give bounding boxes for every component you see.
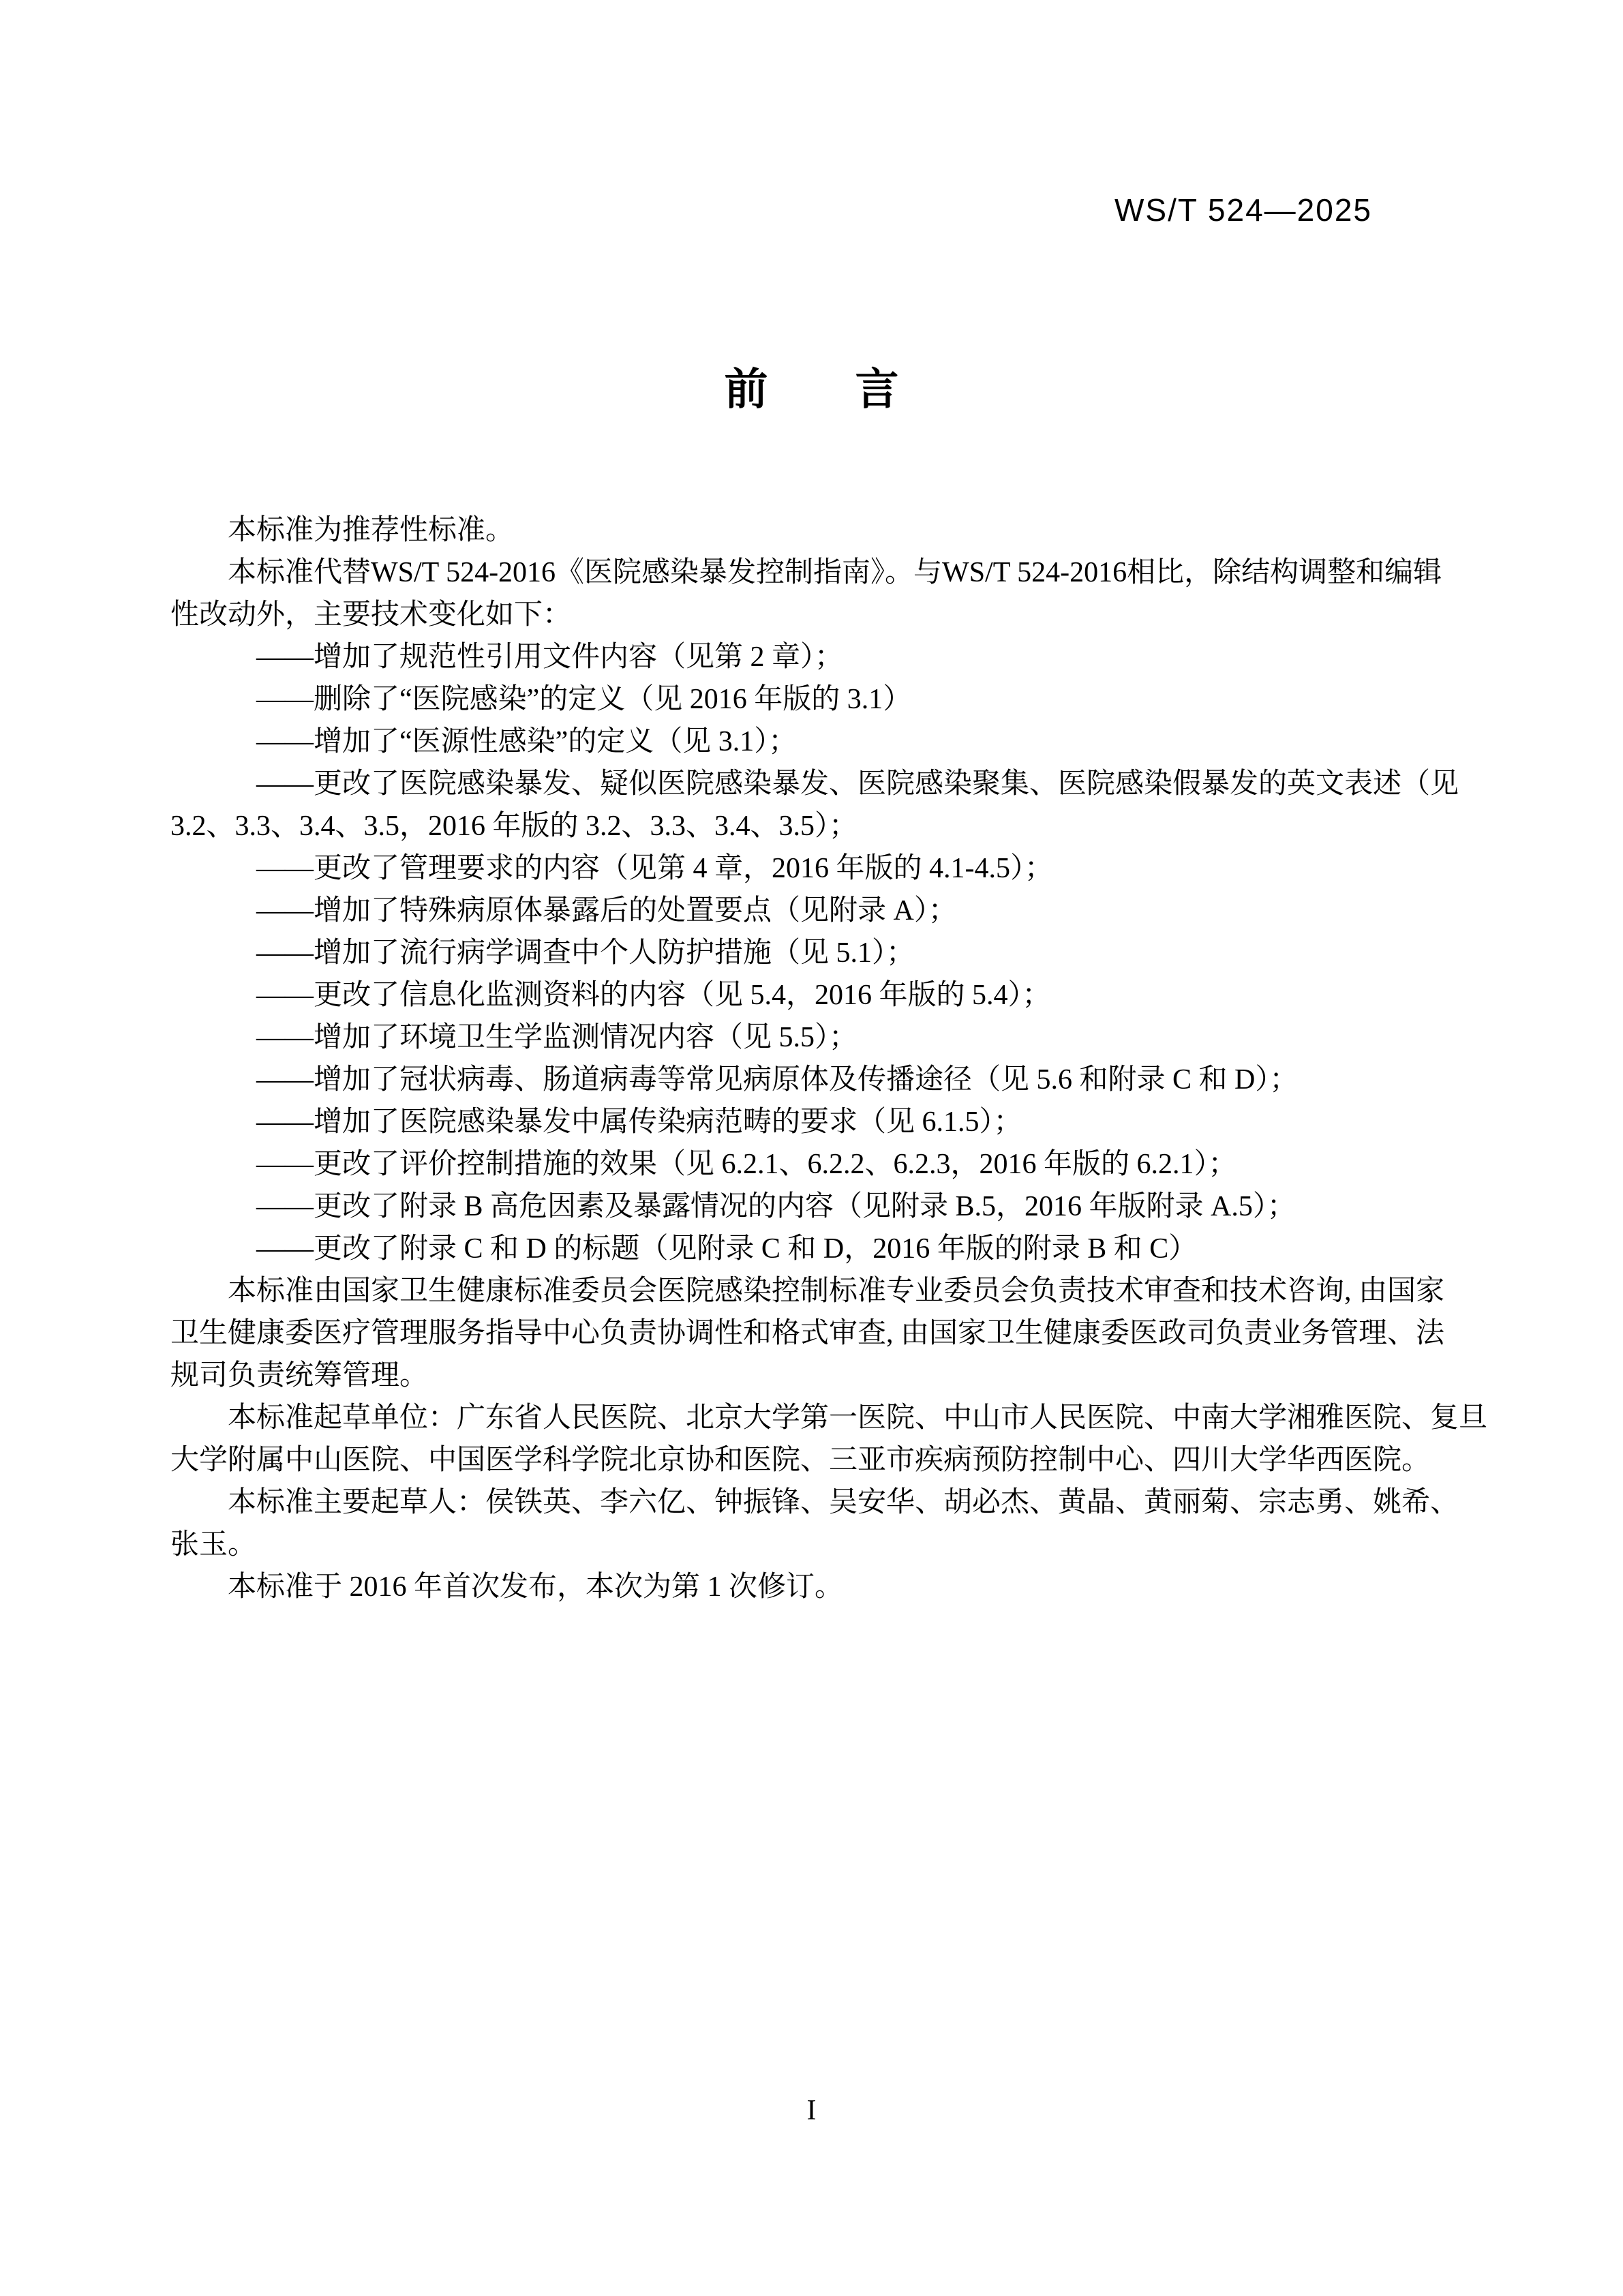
document-page: WS/T 524—2025 前 言 本标准为推荐性标准。 本标准代替WS/T 5… xyxy=(0,0,1623,2296)
body-line: 3.2、3.3、3.4、3.5，2016 年版的 3.2、3.3、3.4、3.5… xyxy=(170,805,1464,847)
body-line: ——删除了“医院感染”的定义（见 2016 年版的 3.1） xyxy=(170,678,1464,721)
body-line: ——增加了特殊病原体暴露后的处置要点（见附录 A）； xyxy=(170,890,1464,932)
body-line: ——更改了信息化监测资料的内容（见 5.4，2016 年版的 5.4）； xyxy=(170,974,1464,1016)
body-line: ——更改了医院感染暴发、疑似医院感染暴发、医院感染聚集、医院感染假暴发的英文表述… xyxy=(170,763,1464,805)
body-line: ——增加了规范性引用文件内容（见第 2 章）； xyxy=(170,636,1464,678)
foreword-body: 本标准为推荐性标准。 本标准代替WS/T 524-2016《医院感染暴发控制指南… xyxy=(170,509,1464,1608)
body-line: ——增加了医院感染暴发中属传染病范畴的要求（见 6.1.5）； xyxy=(170,1101,1464,1143)
body-line: 本标准为推荐性标准。 xyxy=(170,509,1464,552)
body-line: ——更改了附录 B 高危因素及暴露情况的内容（见附录 B.5，2016 年版附录… xyxy=(170,1185,1464,1228)
body-line: ——更改了管理要求的内容（见第 4 章，2016 年版的 4.1-4.5）； xyxy=(170,847,1464,890)
body-line: 性改动外，主要技术变化如下： xyxy=(170,594,1464,636)
page-number: I xyxy=(0,2094,1623,2127)
body-line: 规司负责统筹管理。 xyxy=(170,1355,1464,1397)
body-line: ——增加了冠状病毒、肠道病毒等常见病原体及传播途径（见 5.6 和附录 C 和 … xyxy=(170,1059,1464,1101)
body-line: 本标准主要起草人：侯铁英、李六亿、钟振锋、吴安华、胡必杰、黄晶、黄丽菊、宗志勇、… xyxy=(170,1481,1464,1524)
body-line: ——更改了评价控制措施的效果（见 6.2.1、6.2.2、6.2.3，2016 … xyxy=(170,1143,1464,1185)
body-line: 本标准起草单位：广东省人民医院、北京大学第一医院、中山市人民医院、中南大学湘雅医… xyxy=(170,1397,1464,1439)
body-line: 卫生健康委医疗管理服务指导中心负责协调性和格式审查, 由国家卫生健康委医政司负责… xyxy=(170,1312,1464,1355)
body-line: 本标准于 2016 年首次发布，本次为第 1 次修订。 xyxy=(170,1566,1464,1608)
standard-code-header: WS/T 524—2025 xyxy=(1114,192,1372,228)
body-line: ——增加了流行病学调查中个人防护措施（见 5.1）； xyxy=(170,932,1464,974)
body-line: ——增加了“医源性感染”的定义（见 3.1）； xyxy=(170,721,1464,763)
page-title: 前 言 xyxy=(0,354,1623,417)
body-line: 本标准由国家卫生健康标准委员会医院感染控制标准专业委员会负责技术审查和技术咨询,… xyxy=(170,1270,1464,1312)
body-line: ——增加了环境卫生学监测情况内容（见 5.5）； xyxy=(170,1016,1464,1059)
body-line: 本标准代替WS/T 524-2016《医院感染暴发控制指南》。与WS/T 524… xyxy=(170,552,1464,594)
body-line: 大学附属中山医院、中国医学科学院北京协和医院、三亚市疾病预防控制中心、四川大学华… xyxy=(170,1439,1464,1481)
body-line: 张玉。 xyxy=(170,1524,1464,1566)
body-line: ——更改了附录 C 和 D 的标题（见附录 C 和 D，2016 年版的附录 B… xyxy=(170,1228,1464,1270)
